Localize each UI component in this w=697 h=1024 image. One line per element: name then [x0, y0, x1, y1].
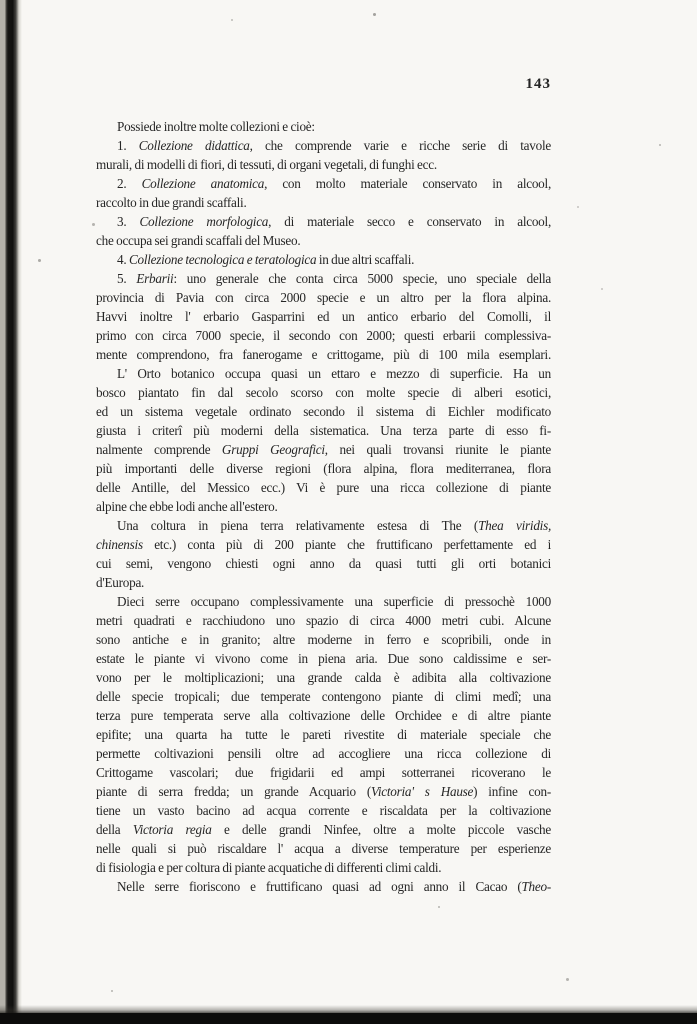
text-segment: 4.	[117, 252, 129, 267]
text-line: murali, di modelli di fiori, di tessuti,…	[96, 155, 551, 174]
text-segment: raccolto in due grandi scaffali.	[96, 195, 247, 210]
scan-speck	[577, 206, 579, 208]
italic-text-segment: Victoria regia	[133, 822, 212, 837]
text-segment: terza pure temperata serve alla coltivaz…	[96, 708, 551, 723]
scan-speck	[38, 259, 41, 262]
text-segment: bosco piantato fin dal secolo scorso con…	[96, 385, 551, 400]
text-segment: 5.	[117, 271, 136, 286]
text-segment: Crittogame vascolari; due frigidarii ed …	[96, 765, 551, 780]
italic-text-segment: Collezione tecnologica e teratologica	[129, 252, 316, 267]
scan-speck	[92, 223, 95, 226]
text-line: delle specie tropicali; due temperate co…	[96, 687, 551, 706]
text-segment: ) infine con-	[473, 784, 551, 799]
text-segment: che occupa sei grandi scaffali del Museo…	[96, 233, 300, 248]
text-line: 2. Collezione anatomica, con molto mater…	[96, 174, 551, 193]
text-line: permette coltivazioni pensili oltre ad a…	[96, 744, 551, 763]
text-line: Dieci serre occupano complessivamente un…	[96, 592, 551, 611]
text-segment: , nei quali trovansi riunite le piante	[325, 442, 551, 457]
text-line: epifite; una quarta ha tutte le pareti r…	[96, 725, 551, 744]
page-number: 143	[96, 76, 551, 93]
text-line: sono antiche e in granito; altre moderne…	[96, 630, 551, 649]
text-segment: giusta i criterî più moderni della siste…	[96, 423, 551, 438]
text-line: cui semi, vengono chiesti ogni anno da q…	[96, 554, 551, 573]
italic-text-segment: Gruppi Geografici	[222, 442, 325, 457]
scan-speck	[566, 978, 569, 981]
text-segment: Una coltura in piena terra relativamente…	[117, 518, 478, 533]
text-segment: etc.) conta più di 200 piante che frutti…	[143, 537, 551, 552]
text-line: tiene un vasto bacino ad acqua corrente …	[96, 801, 551, 820]
italic-text-segment: Collezione anatomica	[142, 176, 265, 191]
text-line: chinensis etc.) conta più di 200 piante …	[96, 535, 551, 554]
scan-speck	[111, 990, 113, 992]
text-line: Havvi inoltre l' erbario Gasparrini ed u…	[96, 307, 551, 326]
text-line: della Victoria regia e delle grandi Ninf…	[96, 820, 551, 839]
text-segment: L' Orto botanico occupa quasi un ettaro …	[117, 366, 551, 381]
text-line: 4. Collezione tecnologica e teratologica…	[96, 250, 551, 269]
text-line: primo con circa 7000 specie, il secondo …	[96, 326, 551, 345]
text-segment: , di materiale secco e conservato in alc…	[268, 214, 551, 229]
text-segment: in due altri scaffali.	[316, 252, 414, 267]
text-line: di fisiologia e per coltura di piante ac…	[96, 858, 551, 877]
text-line: vono per le moltiplicazioni; una grande …	[96, 668, 551, 687]
text-segment: vono per le moltiplicazioni; una grande …	[96, 670, 551, 685]
text-segment: , che comprende varie e ricche serie di …	[250, 138, 551, 153]
text-segment: sono antiche e in granito; altre moderne…	[96, 632, 551, 647]
text-segment: metri quadrati e racchiudono uno spazio …	[96, 613, 551, 628]
text-line: 5. Erbarii: uno generale che conta circa…	[96, 269, 551, 288]
text-line: Una coltura in piena terra relativamente…	[96, 516, 551, 535]
text-line: metri quadrati e racchiudono uno spazio …	[96, 611, 551, 630]
text-segment: provincia di Pavia con circa 2000 specie…	[96, 290, 551, 305]
text-line: piante di serra fredda; un grande Acquar…	[96, 782, 551, 801]
binding-shadow-edge	[0, 0, 22, 1024]
text-line: d'Europa.	[96, 573, 551, 592]
text-segment: alpine che ebbe lodi anche all'estero.	[96, 499, 278, 514]
text-segment: di fisiologia e per coltura di piante ac…	[96, 860, 441, 875]
text-segment: primo con circa 7000 specie, il secondo …	[96, 328, 551, 343]
scan-speck	[659, 144, 661, 146]
text-segment: tiene un vasto bacino ad acqua corrente …	[96, 803, 551, 818]
text-segment: d'Europa.	[96, 575, 144, 590]
text-segment: mente comprendono, fra fanerogame e crit…	[96, 347, 551, 362]
text-line: Nelle serre fioriscono e fruttificano qu…	[96, 877, 551, 896]
text-line: più importanti delle diverse regioni (fl…	[96, 459, 551, 478]
text-segment: nelle quali si può riscaldare l' acqua a…	[96, 841, 551, 856]
text-line: ed un sistema vegetale ordinato secondo …	[96, 402, 551, 421]
scan-speck	[373, 13, 376, 16]
text-line: che occupa sei grandi scaffali del Museo…	[96, 231, 551, 250]
text-segment: delle Antille, del Messico ecc.) Vi è pu…	[96, 480, 551, 495]
text-segment: epifite; una quarta ha tutte le pareti r…	[96, 727, 551, 742]
text-segment: nalmente comprende	[96, 442, 222, 457]
text-line: mente comprendono, fra fanerogame e crit…	[96, 345, 551, 364]
text-segment: Dieci serre occupano complessivamente un…	[117, 594, 551, 609]
text-line: Crittogame vascolari; due frigidarii ed …	[96, 763, 551, 782]
text-segment: piante di serra fredda; un grande Acquar…	[96, 784, 371, 799]
italic-text-segment: Collezione morfologica	[139, 214, 268, 229]
text-segment: più importanti delle diverse regioni (fl…	[96, 461, 551, 476]
text-line: L' Orto botanico occupa quasi un ettaro …	[96, 364, 551, 383]
text-line: bosco piantato fin dal secolo scorso con…	[96, 383, 551, 402]
text-segment: 2.	[117, 176, 142, 191]
text-segment: ed un sistema vegetale ordinato secondo …	[96, 404, 551, 419]
text-segment: delle specie tropicali; due temperate co…	[96, 689, 551, 704]
text-line: terza pure temperata serve alla coltivaz…	[96, 706, 551, 725]
scanned-book-page: 143 Possiede inoltre molte collezioni e …	[0, 0, 697, 1024]
text-segment: permette coltivazioni pensili oltre ad a…	[96, 746, 551, 761]
text-segment: e delle grandi Ninfee, oltre a molte pic…	[212, 822, 551, 837]
text-line: nelle quali si può riscaldare l' acqua a…	[96, 839, 551, 858]
scan-speck	[231, 19, 233, 21]
italic-text-segment: Erbarii	[136, 271, 173, 286]
text-line: alpine che ebbe lodi anche all'estero.	[96, 497, 551, 516]
text-segment: della	[96, 822, 133, 837]
text-line: nalmente comprende Gruppi Geografici, ne…	[96, 440, 551, 459]
text-segment: Havvi inoltre l' erbario Gasparrini ed u…	[96, 309, 551, 324]
text-line: Possiede inoltre molte collezioni e cioè…	[96, 117, 551, 136]
text-segment: Nelle serre fioriscono e fruttificano qu…	[117, 879, 521, 894]
text-segment: Possiede inoltre molte collezioni e cioè…	[117, 119, 315, 134]
text-line: estate le piante vi vivono come in piena…	[96, 649, 551, 668]
italic-text-segment: Theo-	[521, 879, 551, 894]
italic-text-segment: Collezione didattica	[139, 138, 250, 153]
text-segment: 3.	[117, 214, 139, 229]
text-segment: estate le piante vi vivono come in piena…	[96, 651, 551, 666]
text-block: Possiede inoltre molte collezioni e cioè…	[96, 117, 551, 896]
text-segment: : uno generale che conta circa 5000 spec…	[173, 271, 551, 286]
text-segment: cui semi, vengono chiesti ogni anno da q…	[96, 556, 551, 571]
text-segment: murali, di modelli di fiori, di tessuti,…	[96, 157, 437, 172]
text-line: 3. Collezione morfologica, di materiale …	[96, 212, 551, 231]
scan-speck	[601, 288, 603, 290]
italic-text-segment: Thea viridis,	[478, 518, 551, 533]
text-segment: 1.	[117, 138, 139, 153]
text-line: delle Antille, del Messico ecc.) Vi è pu…	[96, 478, 551, 497]
text-line: 1. Collezione didattica, che comprende v…	[96, 136, 551, 155]
italic-text-segment: chinensis	[96, 537, 143, 552]
italic-text-segment: Victoria' s Hause	[371, 784, 473, 799]
text-line: provincia di Pavia con circa 2000 specie…	[96, 288, 551, 307]
scan-bottom-edge	[0, 1013, 697, 1024]
text-segment: , con molto materiale conservato in alco…	[264, 176, 551, 191]
scan-speck	[438, 906, 440, 908]
text-line: raccolto in due grandi scaffali.	[96, 193, 551, 212]
text-line: giusta i criterî più moderni della siste…	[96, 421, 551, 440]
